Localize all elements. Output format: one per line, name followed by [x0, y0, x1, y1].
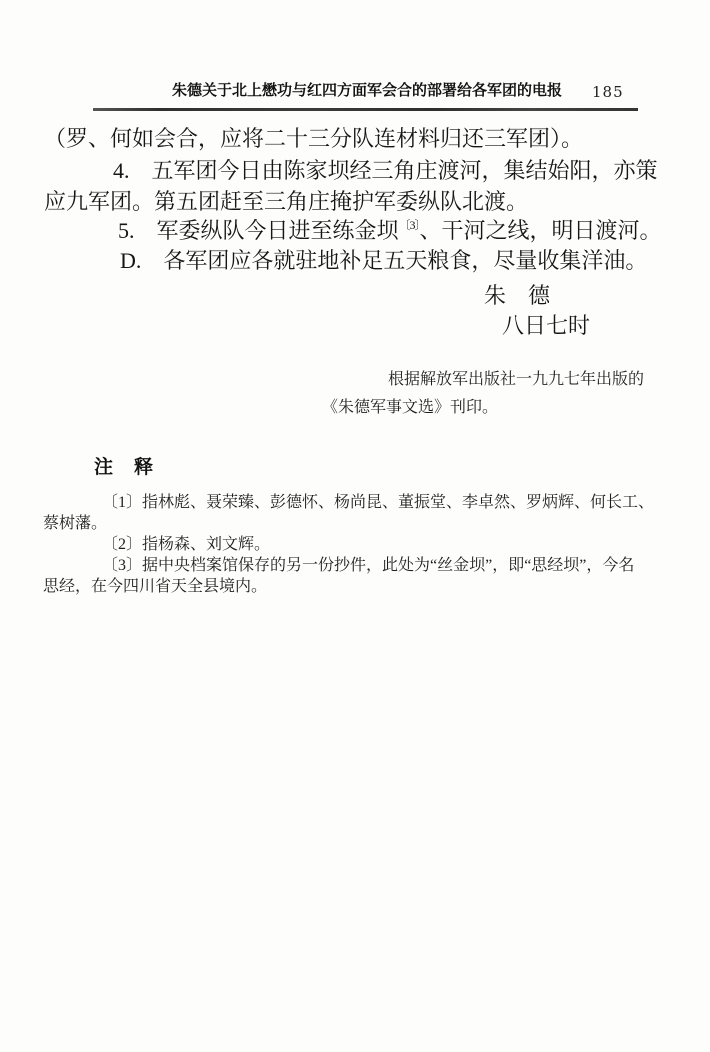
- header-divider: [93, 108, 638, 111]
- running-header-title: 朱德关于北上懋功与红四方面军会合的部署给各军团的电报: [172, 84, 562, 99]
- notes-heading: 注 释: [94, 458, 154, 477]
- body-line-2: 4. 五军团今日由陈家坝经三角庄渡河，集结始阳，亦策: [113, 160, 658, 182]
- note-2-line-1: 〔2〕指杨森、刘文辉。: [102, 537, 270, 553]
- signature-name: 朱 德: [484, 285, 550, 307]
- body-line-1: （罗、何如会合，应将二十三分队连材料归还三军团）。: [44, 128, 583, 150]
- body-line-3: 应九军团。第五团赶至三角庄掩护军委纵队北渡。: [44, 191, 528, 213]
- attribution-line-2: 《朱德军事文选》刊印。: [322, 400, 498, 416]
- document-page: 朱德关于北上懋功与红四方面军会合的部署给各军团的电报 185 （罗、何如会合，应…: [0, 0, 710, 1052]
- note-3-line-2: 思经，在今四川省天全县境内。: [43, 579, 267, 595]
- body-line-5: D. 各军团应各就驻地补足五天粮食，尽量收集洋油。: [120, 250, 647, 272]
- note-1-line-1: 〔1〕指林彪、聂荣臻、彭德怀、杨尚昆、董振堂、李卓然、罗炳辉、何长工、: [102, 495, 654, 511]
- body-line-4-text: 5. 军委纵队今日进至练金坝: [118, 218, 399, 243]
- note-3-line-1: 〔3〕据中央档案馆保存的另一份抄件，此处为“丝金坝”，即“思经坝”，今名: [102, 558, 634, 574]
- note-1-line-2: 蔡树藩。: [43, 516, 107, 532]
- page-number: 185: [592, 85, 624, 100]
- footnote-marker-3: 〔3〕: [399, 218, 420, 232]
- body-line-4-tail: 、干河之线，明日渡河。: [420, 218, 662, 243]
- attribution-line-1: 根据解放军出版社一九九七年出版的: [388, 372, 644, 388]
- body-line-4: 5. 军委纵队今日进至练金坝〔3〕、干河之线，明日渡河。: [118, 220, 662, 242]
- signature-time: 八日七时: [502, 315, 590, 337]
